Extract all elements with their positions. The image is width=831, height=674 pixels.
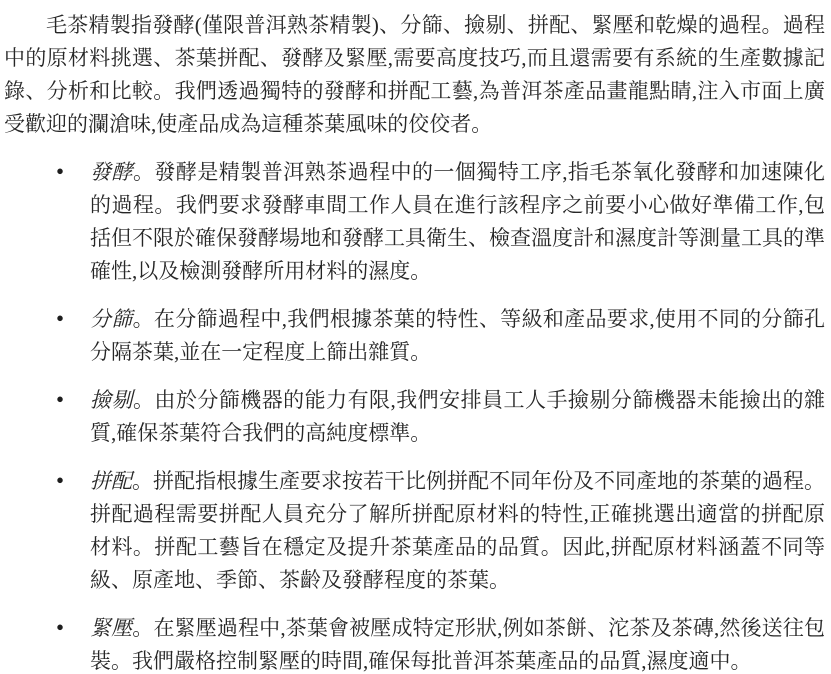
bullet-icon: • (56, 464, 64, 497)
list-item-picking: • 撿剔。由於分篩機器的能力有限,我們安排員工人手撿剔分篩機器未能撿出的雜質,確… (4, 384, 825, 450)
bullet-text: 發酵是精製普洱熟茶過程中的一個獨特工序,指毛茶氧化發酵和加速陳化的過程。我們要求… (90, 160, 825, 283)
list-item-fermentation: • 發酵。發酵是精製普洱熟茶過程中的一個獨特工序,指毛茶氧化發酵和加速陳化的過程… (4, 156, 825, 288)
bullet-text: 由於分篩機器的能力有限,我們安排員工人手撿剔分篩機器未能撿出的雜質,確保茶葉符合… (90, 388, 825, 445)
list-item-blending: • 拼配。拼配指根據生產要求按若干比例拼配不同年份及不同產地的茶葉的過程。拼配過… (4, 465, 825, 597)
bullet-icon: • (56, 302, 64, 335)
bullet-separator: 。 (133, 160, 154, 184)
bullet-text: 拼配指根據生產要求按若干比例拼配不同年份及不同產地的茶葉的過程。拼配過程需要拼配… (90, 469, 825, 592)
bullet-term: 分篩 (90, 307, 133, 331)
bullet-separator: 。 (132, 469, 153, 493)
bullet-term: 拼配 (90, 469, 132, 493)
bullet-icon: • (56, 611, 64, 644)
bullet-term: 撿剔 (90, 388, 133, 412)
bullet-separator: 。 (133, 307, 154, 331)
bullet-text: 在分篩過程中,我們根據茶葉的特性、等級和產品要求,使用不同的分篩孔分隔茶葉,並在… (90, 307, 825, 364)
bullet-term: 緊壓 (90, 616, 132, 640)
list-item-sieving: • 分篩。在分篩過程中,我們根據茶葉的特性、等級和產品要求,使用不同的分篩孔分隔… (4, 303, 825, 369)
bullet-separator: 。 (132, 616, 153, 640)
bullet-term: 發酵 (90, 160, 133, 184)
intro-paragraph: 毛茶精製指發酵(僅限普洱熟茶精製)、分篩、撿剔、拼配、緊壓和乾燥的過程。過程中的… (4, 9, 825, 141)
process-bullet-list: • 發酵。發酵是精製普洱熟茶過程中的一個獨特工序,指毛茶氧化發酵和加速陳化的過程… (4, 156, 825, 674)
bullet-icon: • (56, 383, 64, 416)
list-item-compression: • 緊壓。在緊壓過程中,茶葉會被壓成特定形狀,例如茶餅、沱茶及茶磚,然後送往包裝… (4, 612, 825, 674)
document-page: 毛茶精製指發酵(僅限普洱熟茶精製)、分篩、撿剔、拼配、緊壓和乾燥的過程。過程中的… (0, 0, 831, 674)
bullet-separator: 。 (133, 388, 154, 412)
bullet-text: 在緊壓過程中,茶葉會被壓成特定形狀,例如茶餅、沱茶及茶磚,然後送往包裝。我們嚴格… (90, 616, 825, 673)
bullet-icon: • (56, 155, 64, 188)
